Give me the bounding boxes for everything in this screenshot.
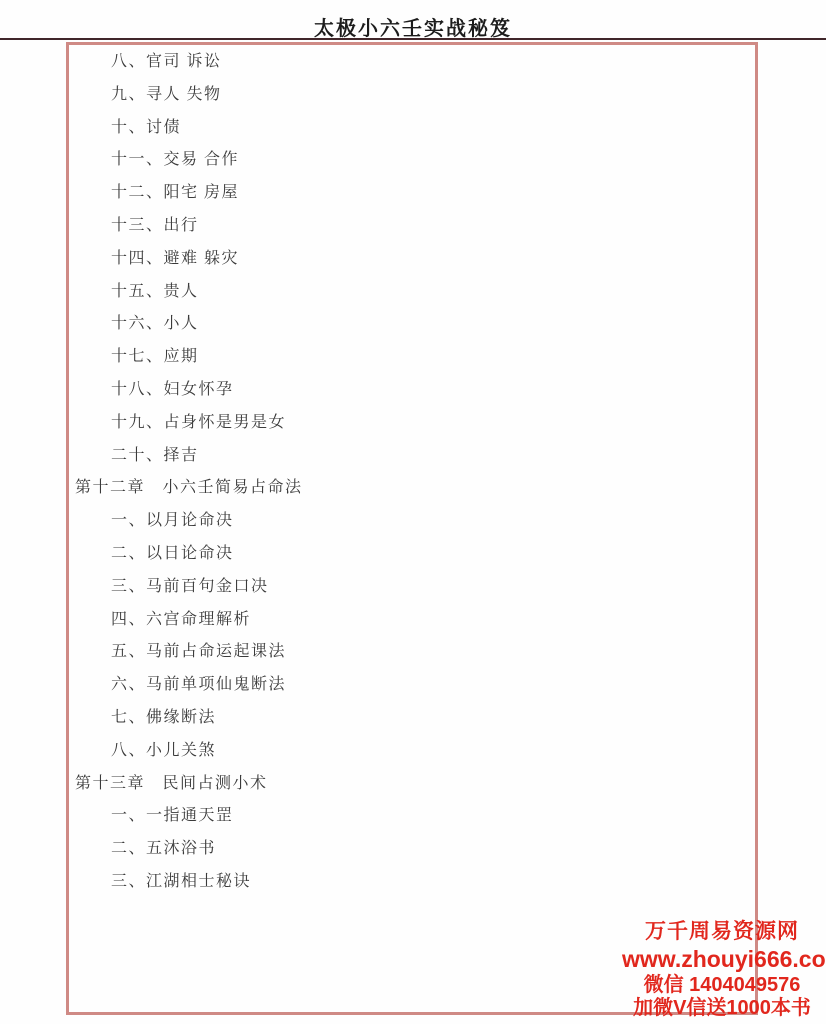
toc-item: 十一、交易 合作 <box>69 144 755 177</box>
toc-item: 一、以月论命决 <box>69 505 755 538</box>
document-page: 太极小六壬实战秘笈 八、官司 诉讼九、寻人 失物十、讨债十一、交易 合作十二、阳… <box>0 0 826 1024</box>
toc-item: 二十、择吉 <box>69 440 755 473</box>
toc-item: 三、江湖相士秘诀 <box>69 866 755 899</box>
toc-chapter-heading: 第十三章 民间占测小术 <box>69 768 755 801</box>
toc-item: 十七、应期 <box>69 341 755 374</box>
toc-item: 八、小儿关煞 <box>69 735 755 768</box>
title-underline-rule <box>0 38 826 40</box>
watermark: 万千周易资源网 www.zhouyi666.com 微信 1404049576 … <box>622 919 822 1020</box>
toc-item: 十九、占身怀是男是女 <box>69 407 755 440</box>
toc-item: 十二、阳宅 房屋 <box>69 177 755 210</box>
watermark-url: www.zhouyi666.com <box>622 945 822 974</box>
toc-item: 二、五沐浴书 <box>69 833 755 866</box>
toc-item: 十六、小人 <box>69 308 755 341</box>
toc-item: 十三、出行 <box>69 210 755 243</box>
toc-item: 六、马前单项仙鬼断法 <box>69 669 755 702</box>
toc-item: 八、官司 诉讼 <box>69 46 755 79</box>
watermark-promo-text: 加微V信送1000本书 <box>622 997 822 1020</box>
watermark-wechat-id: 微信 1404049576 <box>622 974 822 997</box>
table-of-contents: 八、官司 诉讼九、寻人 失物十、讨债十一、交易 合作十二、阳宅 房屋十三、出行十… <box>69 46 755 899</box>
toc-item: 七、佛缘断法 <box>69 702 755 735</box>
watermark-site-name: 万千周易资源网 <box>622 919 822 945</box>
toc-item: 四、六宫命理解析 <box>69 604 755 637</box>
toc-item: 十四、避难 躲灾 <box>69 243 755 276</box>
page-title: 太极小六壬实战秘笈 <box>0 12 826 41</box>
toc-item: 九、寻人 失物 <box>69 79 755 112</box>
toc-chapter-heading: 第十二章 小六壬简易占命法 <box>69 472 755 505</box>
toc-item: 十八、妇女怀孕 <box>69 374 755 407</box>
toc-item: 十、讨债 <box>69 112 755 145</box>
toc-item: 三、马前百句金口决 <box>69 571 755 604</box>
toc-item: 一、一指通天罡 <box>69 800 755 833</box>
content-border-frame: 八、官司 诉讼九、寻人 失物十、讨债十一、交易 合作十二、阳宅 房屋十三、出行十… <box>66 42 758 1015</box>
toc-item: 十五、贵人 <box>69 276 755 309</box>
toc-item: 五、马前占命运起课法 <box>69 636 755 669</box>
toc-item: 二、以日论命决 <box>69 538 755 571</box>
